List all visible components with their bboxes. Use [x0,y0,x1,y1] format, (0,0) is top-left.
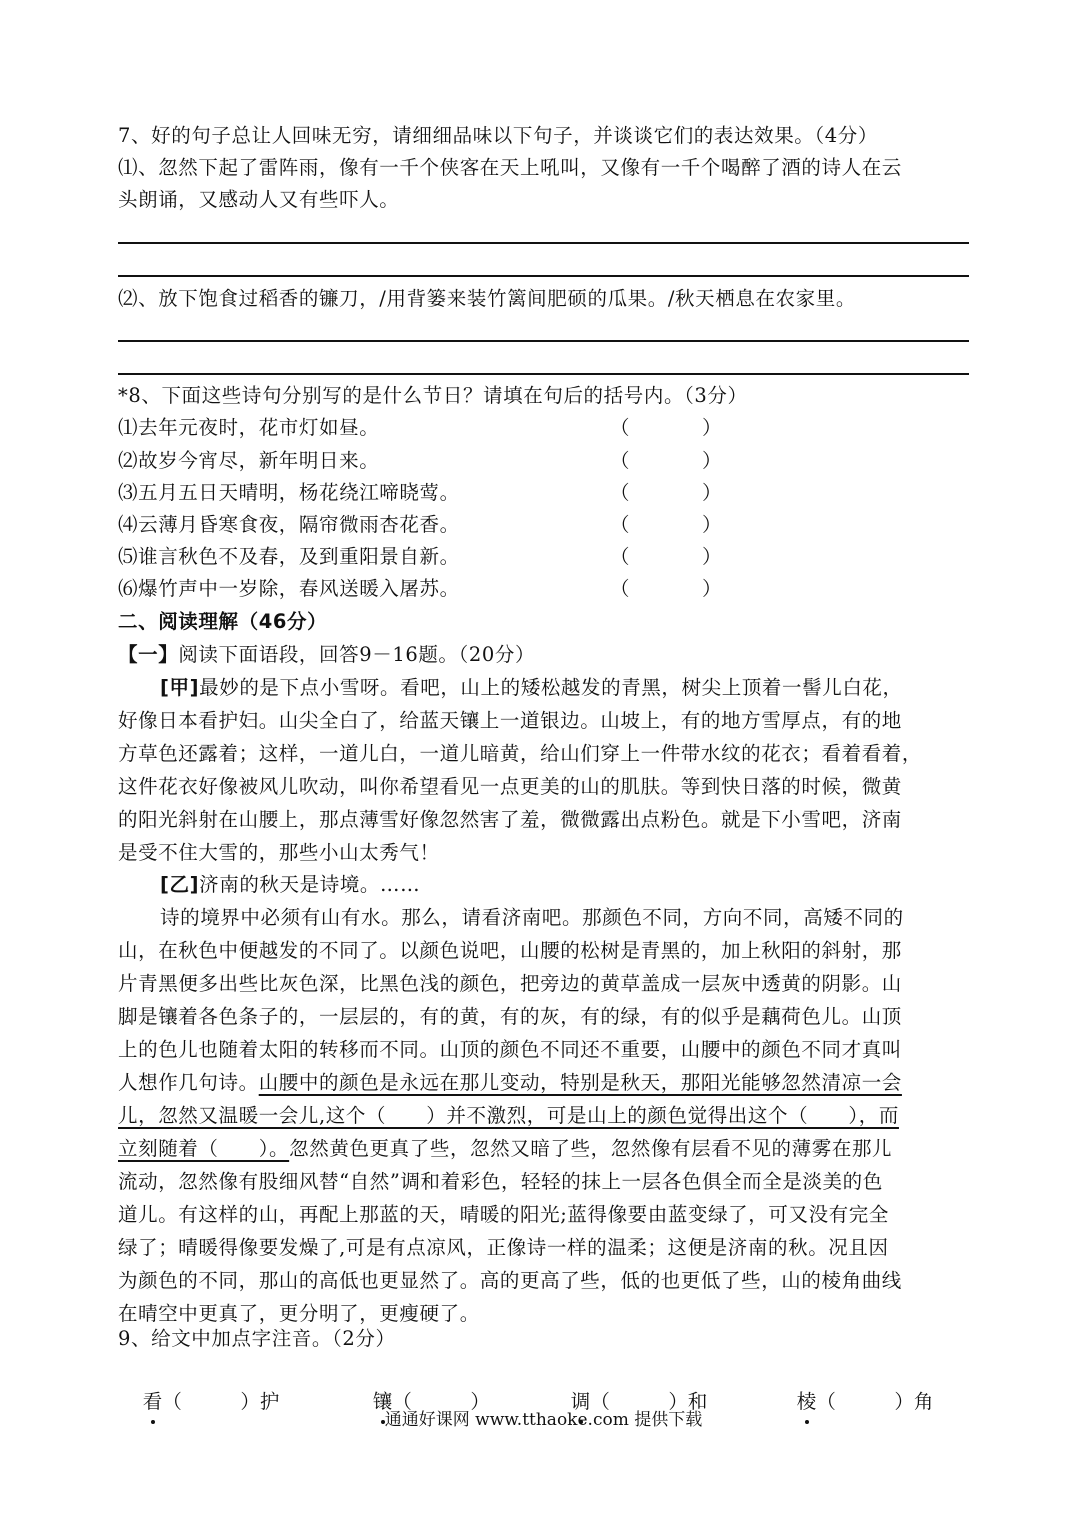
passage-yi-line: 立刻随着（ ）。忽然黄色更真了些，忽然又暗了些，忽然像有层看不见的薄雾在那儿 [118,1133,970,1165]
q8-item-text: ⑶五月五日天晴明，杨花绕江啼晓莺。 [118,477,970,509]
passage-yi-label: [乙] [160,873,199,896]
passage-jia-line: 方草色还露着；这样，一道儿白，一道儿暗黄，给山们穿上一件带水纹的花衣；看着看着， [118,738,970,770]
q8-item-text: ⑵故岁今宵尽，新年明日来。 [118,445,970,477]
answer-paren-close: ） [702,573,722,605]
passage-yi-line: [乙]济南的秋天是诗境。…… [160,869,970,901]
answer-paren-close: ） [702,412,722,444]
q8-item-text: ⑷云薄月昏寒食夜，隔帘微雨杏花香。 [118,509,970,541]
passage-jia-line: 这件花衣好像被风儿吹动，叫你希望看见一点更美的山的肌肤。等到快日落的时候，微黄 [118,771,970,803]
part1-label: 【一】 [118,643,178,666]
q8-item-text: ⑸谁言秋色不及春，及到重阳景自新。 [118,541,970,573]
q7-title: 7、好的句子总让人回味无穷，请细细品味以下句子，并谈谈它们的表达效果。（4分） [118,120,970,152]
passage-jia-line: 的阳光斜射在山腰上，那点薄雪好像忽然害了羞，微微露出点粉色。就是下小雪吧，济南 [118,804,970,836]
q7-sentence1-line2: 头朗诵，又感动人又有些吓人。 [118,184,970,216]
q8-item-text: ⑴去年元夜时，花市灯如昼。 [118,412,970,444]
passage-yi-line: 诗的境界中必须有山有水。那么，请看济南吧。那颜色不同，方向不同，高矮不同的 [160,902,970,934]
answer-paren-open[interactable]: （ [610,445,630,477]
answer-line[interactable] [118,242,969,244]
passage-text: 济南的秋天是诗境。…… [199,873,420,896]
q9-title: 9、给文中加点字注音。（2分） [118,1323,970,1355]
passage-yi-line: 为颜色的不同，那山的高低也更显然了。高的更高了些，低的也更低了些，山的棱角曲线 [118,1265,970,1297]
answer-paren-close: ） [702,445,722,477]
passage-yi-line: 脚是镶着各色条子的，一层层的，有的黄，有的灰，有的绿，有的似乎是藕荷色儿。山顶 [118,1001,970,1033]
answer-paren-open[interactable]: （ [610,541,630,573]
passage-text: 忽然黄色更真了些，忽然又暗了些，忽然像有层看不见的薄雾在那儿 [289,1137,892,1160]
passage-jia-line: 是受不住大雪的，那些小山太秀气！ [118,837,970,869]
passage-yi-line: 流动，忽然像有股细风替“自然”调和着彩色，轻轻的抹上一层各色俱全而全是淡美的色 [118,1166,970,1198]
answer-paren-open[interactable]: （ [610,573,630,605]
footer-credit: 通通好课网 www.tthaoke.com 提供下载 [0,1406,1087,1434]
q7-sentence1-line1: ⑴、忽然下起了雷阵雨，像有一千个侠客在天上吼叫，又像有一千个喝醉了酒的诗人在云 [118,152,970,184]
underlined-sentence-with-blanks[interactable]: 儿，忽然又温暖一会儿,这个（ ）并不激烈，可是山上的颜色觉得出这个（ ），而 [118,1104,899,1127]
passage-yi-line: 人想作几句诗。山腰中的颜色是永远在那儿变动，特别是秋天，那阳光能够忽然清凉一会 [118,1067,970,1099]
passage-yi-line: 道儿。有这样的山，再配上那蓝的天，晴暖的阳光;蓝得像要由蓝变绿了，可又没有完全 [118,1199,970,1231]
q7-sentence2: ⑵、放下饱食过稻香的镰刀，/用背篓来装竹篱间肥硕的瓜果。/秋天栖息在农家里。 [118,283,970,315]
q9-item: 镶（ ） [348,1354,490,1450]
exam-page: 7、好的句子总让人回味无穷，请细细品味以下句子，并谈谈它们的表达效果。（4分） … [0,0,1087,1536]
passage-jia-line: [甲]最妙的是下点小雪呀。看吧，山上的矮松越发的青黑，树尖上顶着一髻儿白花， [160,672,970,704]
passage-yi-line: 上的色儿也随着太阳的转移而不同。山顶的颜色不同还不重要，山腰中的颜色不同才真叫 [118,1034,970,1066]
answer-line[interactable] [118,373,969,375]
passage-jia-line: 好像日本看护妇。山尖全白了，给蓝天镶上一道银边。山坡上，有的地方雪厚点，有的地 [118,705,970,737]
answer-paren-close: ） [702,509,722,541]
section-title: 二、阅读理解（46分） [118,606,970,638]
answer-line[interactable] [118,340,969,342]
passage-yi-line: 儿，忽然又温暖一会儿,这个（ ）并不激烈，可是山上的颜色觉得出这个（ ），而 [118,1100,970,1132]
passage-text: 人想作几句诗。 [118,1071,259,1094]
answer-paren-open[interactable]: （ [610,477,630,509]
passage-yi-line: 山，在秋色中便越发的不同了。以颜色说吧，山腰的松树是青黑的，加上秋阳的斜射，那 [118,935,970,967]
q9-item: 调（ ）和 [546,1354,707,1450]
part1-heading: 【一】阅读下面语段，回答9－16题。（20分） [118,639,970,671]
underlined-sentence-with-blank[interactable]: 立刻随着（ ）。 [118,1137,289,1160]
q8-item-text: ⑹爆竹声中一岁除，春风送暖入屠苏。 [118,573,970,605]
passage-jia-label: [甲] [160,676,199,699]
passage-text: 最妙的是下点小雪呀。看吧，山上的矮松越发的青黑，树尖上顶着一髻儿白花， [199,676,903,699]
answer-paren-close: ） [702,477,722,509]
q8-title: *8、下面这些诗句分别写的是什么节日？请填在句后的括号内。（3分） [118,380,970,412]
q9-item: 看（ ）护 [118,1354,279,1450]
answer-paren-open[interactable]: （ [610,412,630,444]
part1-instruction: 阅读下面语段，回答9－16题。（20分） [178,643,535,666]
underlined-sentence: 山腰中的颜色是永远在那儿变动，特别是秋天，那阳光能够忽然清凉一会 [259,1071,902,1094]
answer-paren-open[interactable]: （ [610,509,630,541]
answer-paren-close: ） [702,541,722,573]
passage-yi-line: 绿了；晴暖得像要发燥了,可是有点凉风，正像诗一样的温柔；这便是济南的秋。况且因 [118,1232,970,1264]
answer-line[interactable] [118,275,969,277]
q9-item: 棱（ ）角 [772,1354,933,1450]
passage-yi-line: 片青黑便多出些比灰色深，比黑色浅的颜色，把旁边的黄草盖成一层灰中透黄的阴影。山 [118,968,970,1000]
